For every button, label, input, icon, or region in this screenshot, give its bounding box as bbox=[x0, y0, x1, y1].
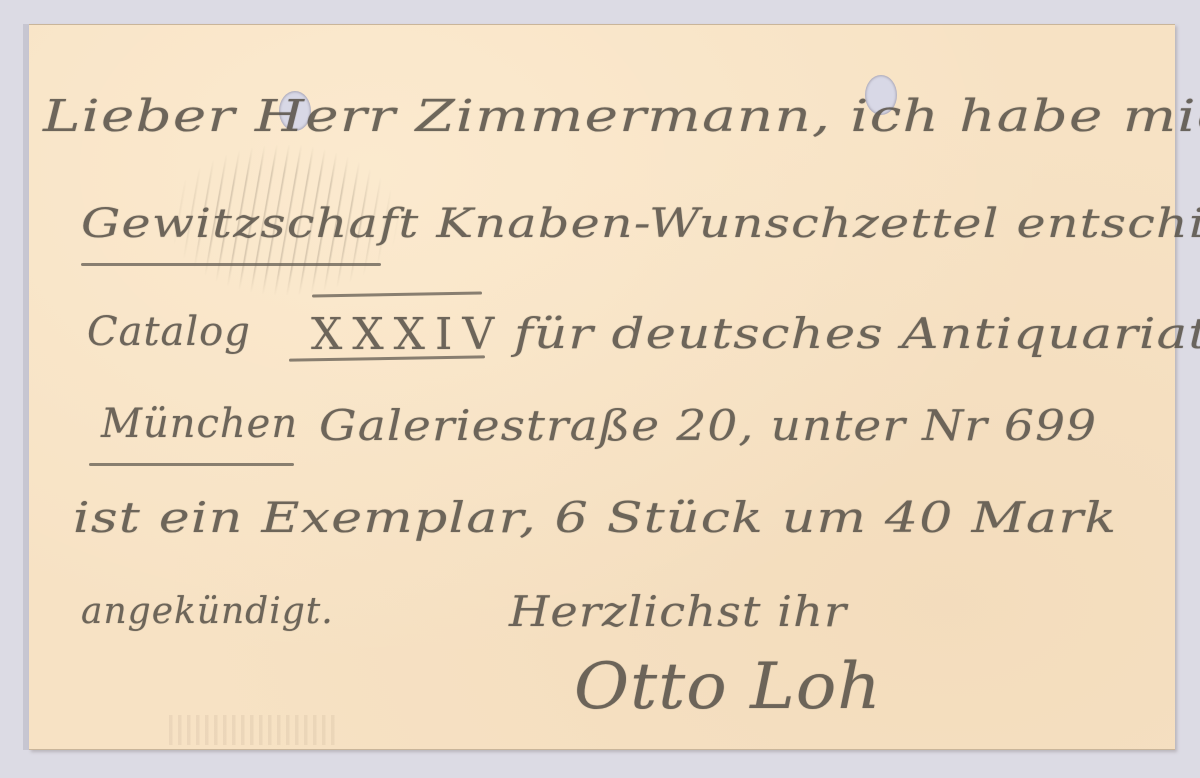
signature: Otto Loh bbox=[574, 650, 882, 724]
handwritten-line-5: ist ein Exemplar, 6 Stück um 40 Mark bbox=[73, 493, 1117, 542]
handwritten-line-6: angekündigt. bbox=[81, 591, 334, 632]
handwritten-line-2: Gewitzschaft Knaben-Wunschzettel entschi… bbox=[81, 201, 1200, 247]
handwritten-underlined-word: München bbox=[101, 401, 298, 447]
catalog-numeral: XXXIV bbox=[311, 309, 504, 360]
underline-stroke bbox=[81, 263, 381, 266]
postcard: Lieber Herr Zimmermann, ich habe mich fü… bbox=[29, 24, 1175, 750]
handwritten-line-3-suffix: für deutsches Antiquariat, bbox=[514, 309, 1200, 358]
underline-stroke bbox=[89, 463, 294, 466]
handwritten-closing: Herzlichst ihr bbox=[509, 587, 847, 636]
handwritten-line-4: Galeriestraße 20, unter Nr 699 bbox=[319, 401, 1097, 450]
faint-printed-text bbox=[169, 715, 339, 745]
handwritten-line-3-prefix: Catalog bbox=[87, 309, 251, 355]
handwritten-line-1: Lieber Herr Zimmermann, ich habe mich fü… bbox=[43, 91, 1200, 142]
